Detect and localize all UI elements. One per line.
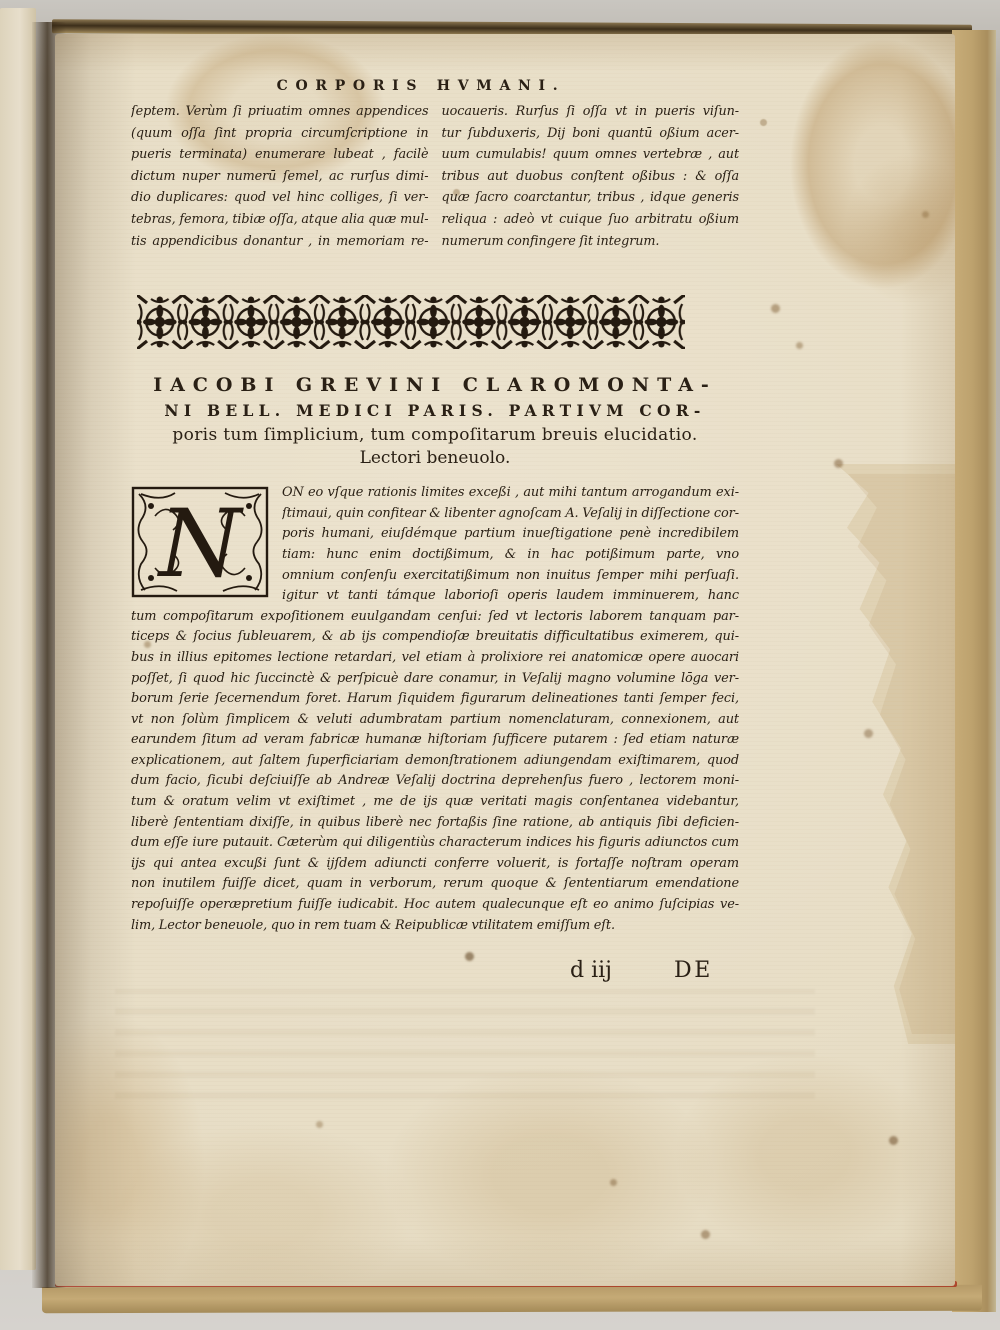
signature-mark: d iij <box>570 958 612 983</box>
text-line: poris humani, eiuſdémque partium inueſti… <box>282 524 739 545</box>
text-line: dio duplicares: quod vel hinc colliges, … <box>131 187 429 209</box>
ornament-band-icon <box>137 295 685 349</box>
text-line: ijs qui antea excußi ſunt & ijſdem adiun… <box>131 854 739 875</box>
text-line: ON eo vſque rationis limites exceßi , au… <box>282 483 739 504</box>
text-line: lim, Lector beneuole, quo in rem tuam & … <box>131 916 739 937</box>
right-column: uocaueris. Rurſus ſi oſſa vt in pueris v… <box>442 101 740 252</box>
text-block: CORPORIS HVMANI. ſeptem. Verùm ſi priuat… <box>131 78 739 983</box>
text-line: reliqua : adeò vt cuique ſuo arbitratu o… <box>442 209 740 231</box>
left-column: ſeptem. Verùm ſi priuatim omnes appendic… <box>131 101 429 252</box>
stain-bottom-left2 <box>115 1124 415 1286</box>
text-line: uocaueris. Rurſus ſi oſſa vt in pueris v… <box>442 101 740 123</box>
text-line: earundem ſitum ad veram fabricæ humanæ h… <box>131 730 739 751</box>
page-edge-stack-bottom <box>42 1285 982 1313</box>
running-header: CORPORIS HVMANI. <box>117 78 725 94</box>
text-line: tis appendicibus donantur , in memoriam … <box>131 231 429 253</box>
book-page: CORPORIS HVMANI. ſeptem. Verùm ſi priuat… <box>55 34 955 1286</box>
text-line: quæ ſacro coarctantur, tribus , idque ge… <box>442 187 740 209</box>
text-line: vt non ſolùm ſimplicem & veluti adumbrat… <box>131 710 739 731</box>
text-line: dictum nuper numerū ſemel, ac rurſus dim… <box>131 166 429 188</box>
verso-show-through <box>115 989 815 1099</box>
text-line: tribus aut duobus conſtent oßibus : & oſ… <box>442 166 740 188</box>
text-line: tebras, femora, tibiæ oſſa, atque alia q… <box>131 209 429 231</box>
page-edge-stack-right <box>952 30 996 1312</box>
stain-top-right-core <box>845 154 955 304</box>
text-line: bus in illius epitomes lectione retardar… <box>131 648 739 669</box>
text-line: tiam: hunc enim doctißimum, & in hac pot… <box>282 545 739 566</box>
heading-line-1: IACOBI GREVINI CLAROMONTA- <box>131 374 739 396</box>
catchword: DE <box>674 958 713 983</box>
text-line: liberè ſententiam dixiſſe, in quibus lib… <box>131 813 739 834</box>
text-line: uum cumulabis! quum omnes vertebræ , aut <box>442 144 740 166</box>
text-line: pueris terminata) enumerare lubeat , fac… <box>131 144 429 166</box>
signature-row: d iij DE <box>131 958 739 983</box>
heading-line-4: Lectori beneuolo. <box>131 448 739 468</box>
drop-cap-initial: N <box>131 486 269 598</box>
text-line: numerum confingere ſit integrum. <box>442 231 740 253</box>
text-line: omnium conſenſu exercitatißimum non inui… <box>282 566 739 587</box>
text-line: igitur vt tanti támque laborioſi operis … <box>282 586 739 607</box>
text-line: tum & oratum velim vt exiſtimet , me de … <box>131 792 739 813</box>
text-line: ſtimaui, quin confitear & libenter agnoſ… <box>282 504 739 525</box>
text-line: explicationem, aut ſaltem ſuperficiariam… <box>131 751 739 772</box>
photo-of-open-book: CORPORIS HVMANI. ſeptem. Verùm ſi priuat… <box>0 0 1000 1330</box>
water-stain-right-inner <box>800 474 955 1034</box>
text-line: tum compoſitarum expoſitionem euulgandam… <box>131 607 739 628</box>
text-line: ticeps & ſocius ſubleuarem, & ab ijs com… <box>131 627 739 648</box>
text-line: repoſuiſſe operæpretium fuiſſe iudicabit… <box>131 895 739 916</box>
heading-line-2: NI BELL. MEDICI PARIS. PARTIVM COR- <box>131 401 739 420</box>
text-line: non inutilem fuiſſe dicet, quam in verbo… <box>131 874 739 895</box>
text-line: borum ſerie ſecernendum foret. Harum ſiq… <box>131 689 739 710</box>
text-line: poſſet, ſi quod hic ſuccinctè & perſpicu… <box>131 669 739 690</box>
drop-cap-letter: N <box>157 490 244 598</box>
body-paragraph: N ON eo vſque rationis limites exceßi , … <box>131 483 739 936</box>
facing-page-edge <box>0 8 36 1270</box>
section-heading: IACOBI GREVINI CLAROMONTA- NI BELL. MEDI… <box>131 374 739 468</box>
text-line: tur ſubduxeris, Dij boni quantū oßium ac… <box>442 123 740 145</box>
foxing-spots <box>55 34 60 39</box>
heading-line-3: poris tum ſimplicium, tum compoſitarum b… <box>131 425 739 445</box>
text-line: ſeptem. Verùm ſi priuatim omnes appendic… <box>131 101 429 123</box>
text-line: (quum oſſa ſint propria circumſcriptione… <box>131 123 429 145</box>
two-column-text: ſeptem. Verùm ſi priuatim omnes appendic… <box>131 101 739 252</box>
stain-top-right <box>790 39 955 289</box>
text-line: dum facio, ſicubi deſciuiſſe ab Andreæ V… <box>131 771 739 792</box>
text-line: dum eſſe iure putauit. Cæterùm qui dilig… <box>131 833 739 854</box>
